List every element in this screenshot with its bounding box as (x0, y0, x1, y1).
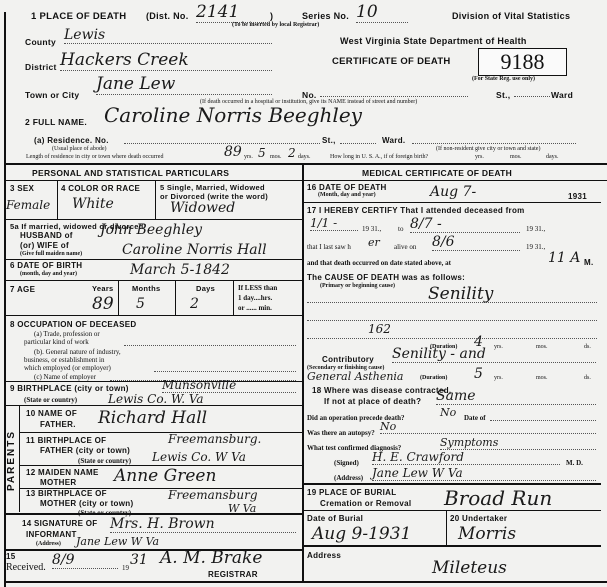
undertaker-value: Morris (458, 524, 516, 544)
certificate-number-box: 9188 (478, 48, 567, 76)
department-label: West Virginia State Department of Health (340, 36, 527, 46)
residence-label: (a) Residence. No. (34, 136, 109, 145)
father-birthplace-state: Lewis Co. W Va (152, 450, 246, 464)
occupation-a-1: (a) Trade, profession or (34, 330, 100, 338)
occupation-label: 8 OCCUPATION OF DECEASED (10, 320, 136, 329)
full-name-label: 2 FULL NAME. (25, 117, 87, 127)
cause-code-value: 162 (368, 322, 391, 336)
primary-cause-note: (Primary or beginning cause) (320, 283, 395, 289)
signed-label: (Signed) (334, 459, 359, 467)
months-label: Months (132, 284, 160, 293)
medical-section-title: MEDICAL CERTIFICATE OF DEATH (362, 168, 512, 178)
occupation-c: (c) Name of employer (34, 373, 96, 381)
dob-value: March 5-1842 (130, 262, 230, 278)
occupation-b-3: which employed (or employer) (24, 364, 111, 372)
ward-label: Ward (551, 90, 573, 100)
years-label: Years (92, 284, 114, 293)
date-of-death-value: Aug 7- (430, 184, 476, 200)
husband-value: John Beeghley (100, 222, 202, 238)
parents-label: PARENTS (6, 430, 17, 491)
father-label-1: 10 NAME OF (26, 409, 77, 418)
spouse-label-3: (or) WIFE of (20, 241, 69, 250)
occupation-b-1: (b). General nature of industry, (34, 348, 121, 356)
cause-of-death-label: The CAUSE OF DEATH was as follows: (307, 273, 465, 282)
informant-label-1: 14 SIGNATURE OF (22, 519, 97, 528)
age-days: 2 (190, 296, 199, 312)
divider-section-headings (4, 180, 607, 181)
days-label: Days (196, 284, 215, 293)
bottom-border (4, 581, 607, 583)
contributory-label: Contributory (322, 355, 374, 364)
registrar-signature: A. M. Brake (160, 548, 262, 568)
sex-value: Female (6, 198, 50, 212)
place-of-death-label: 1 PLACE OF DEATH (31, 11, 126, 22)
contributory-cause-value: Senility - and (392, 346, 596, 363)
burial-date-value: Aug 9-1931 (312, 524, 411, 544)
burial-date-label: Date of Burial (307, 514, 363, 523)
contributory-duration-value: 5 (474, 366, 483, 382)
burial-place-value: Broad Run (444, 486, 552, 510)
physician-signature: H. E. Crawford (372, 450, 560, 465)
last-saw-alive-date: 8/6 (432, 234, 520, 251)
physician-address-label: (Address) (334, 474, 363, 482)
dist-no-value: 2141 (196, 2, 268, 23)
wife-value: Caroline Norris Hall (122, 242, 267, 258)
nonresident-note: (If non-resident give city or town and s… (436, 146, 540, 152)
street-label: St., (496, 90, 510, 100)
less-than-label-2: 1 day....hrs. (238, 294, 272, 302)
certificate-title: CERTIFICATE OF DEATH (332, 56, 451, 67)
occupation-a-2: particular kind of work (24, 338, 89, 346)
length-months: 5 (258, 146, 266, 160)
attended-to-year: 19 31., (526, 225, 545, 233)
undertaker-label: 20 Undertaker (450, 514, 507, 523)
length-days: 2 (288, 146, 296, 160)
undertaker-address-value: Mileteus (432, 558, 507, 578)
age-label: 7 AGE (10, 285, 35, 294)
date-of-death-year: 1931 (568, 192, 587, 201)
autopsy-value: No (380, 420, 596, 434)
attended-to-date: 8/7 - (410, 216, 520, 233)
division-label: Division of Vital Statistics (452, 11, 570, 21)
left-border (4, 12, 6, 587)
center-divider (302, 163, 304, 583)
county-label: County (25, 37, 56, 47)
divider-top-section (4, 163, 607, 165)
autopsy-label: Was there an autopsy? (307, 429, 375, 437)
attended-from-year: 19 31., (362, 225, 381, 233)
last-saw-alive-year: 19 31., (526, 243, 545, 251)
father-label-2: FATHER. (40, 420, 76, 429)
primary-cause-value: Senility (428, 284, 493, 304)
full-name-value: Caroline Norris Beeghley (104, 103, 362, 127)
father-birthplace-state-label: (State or country) (78, 457, 131, 465)
received-year: 31 (130, 552, 148, 568)
race-label: 4 COLOR OR RACE (61, 184, 140, 193)
birthplace-state: Lewis Co. W. Va (108, 392, 204, 406)
state-reg-note: (For State Reg. use only) (472, 76, 535, 82)
marital-label-1: 5 Single, Married, Widowed (160, 183, 265, 192)
certify-label: 17 I HEREBY CERTIFY That I attended dece… (307, 206, 525, 215)
burial-place-label-1: 19 PLACE OF BURIAL (307, 488, 396, 497)
spouse-label-4: (Give full maiden name) (20, 251, 82, 257)
received-label: Received. (6, 562, 46, 573)
contributory-cause-value-2: General Asthenia (307, 370, 404, 383)
received-date: 8/9 (52, 552, 118, 569)
marital-value: Widowed (170, 200, 235, 216)
spouse-label-2: HUSBAND of (20, 231, 73, 240)
mother-label-2: MOTHER (40, 478, 76, 487)
diagnosis-test-value: Symptoms (440, 436, 596, 450)
district-label: District (25, 62, 57, 72)
mother-birthplace-city: Freemansburg (168, 488, 258, 502)
district-value: Hackers Creek (60, 50, 272, 71)
age-years: 89 (92, 294, 114, 314)
disease-contracted-value: Same (436, 388, 596, 405)
mother-birthplace-label-1: 13 BIRTHPLACE OF (26, 489, 107, 498)
death-certificate: 1 PLACE OF DEATH (Dist. No. 2141 ) (To b… (0, 0, 607, 587)
informant-label-2: INFORMANT (26, 530, 77, 539)
date-of-death-sub: (Month, day and year) (318, 192, 376, 198)
town-value: Jane Lew (96, 74, 272, 95)
disease-contracted-label-2: If not at place of death? (324, 397, 421, 406)
disease-contracted-label-1: 18 Where was disease contracted, (312, 386, 451, 395)
age-months: 5 (136, 296, 145, 312)
length-residence-label: Length of residence in city or town wher… (26, 154, 163, 160)
dist-no-label: (Dist. No. (146, 11, 189, 21)
residence-st-label: St., (322, 136, 336, 145)
father-birthplace-label-1: 11 BIRTHPLACE OF (26, 436, 106, 445)
father-name-value: Richard Hall (98, 408, 207, 428)
county-value: Lewis (64, 27, 272, 44)
personal-section-title: PERSONAL AND STATISTICAL PARTICULARS (32, 168, 229, 178)
informant-address: Jane Lew W Va (76, 535, 159, 548)
informant-signature: Mrs. H. Brown (110, 516, 296, 533)
mother-label-1: 12 MAIDEN NAME (26, 468, 99, 477)
last-saw-pronoun: er (368, 236, 380, 249)
father-birthplace-label-2: FATHER (city or town) (40, 446, 130, 455)
length-years: 89 (224, 144, 242, 160)
series-label: Series No. (302, 11, 349, 21)
physician-address: Jane Lew W Va (372, 466, 596, 481)
mother-name-value: Anne Green (114, 466, 216, 486)
town-label: Town or City (25, 90, 79, 100)
certificate-number: 9188 (479, 49, 566, 75)
burial-place-label-2: Cremation or Removal (320, 499, 411, 508)
father-birthplace-city: Freemansburg. (168, 432, 261, 446)
attended-from-date: 1/1 - (310, 216, 358, 231)
abode-note: (Usual place of abode) (52, 146, 106, 152)
birthplace-state-label: (State or country) (24, 396, 77, 404)
mother-birthplace-label-2: MOTHER (city or town) (40, 499, 133, 508)
series-value: 10 (356, 2, 408, 23)
death-time-value: 11 A (548, 250, 580, 266)
sex-label: 3 SEX (10, 184, 34, 193)
less-than-label-1: If LESS than (238, 284, 277, 292)
death-occurred-label: and that death occurred on date stated a… (307, 259, 451, 267)
residence-ward-label: Ward. (382, 136, 405, 145)
birthplace-city: Munsonville (162, 378, 296, 393)
received-number: 15 (6, 552, 16, 561)
informant-address-label: (Address) (36, 541, 61, 547)
dob-sub: (month, day and year) (20, 271, 77, 277)
usa-residence-label: How long in U. S. A., if of foreign birt… (330, 154, 428, 160)
undertaker-address-label: Address (307, 551, 341, 560)
dob-label: 6 DATE OF BIRTH (10, 261, 82, 270)
race-value: White (72, 196, 114, 212)
less-than-label-3: or ...... min. (238, 304, 272, 312)
date-of-death-label: 16 DATE OF DEATH (307, 183, 387, 192)
last-saw-label: that I last saw h (307, 243, 351, 251)
registrar-label: REGISTRAR (208, 570, 258, 579)
operation-value: No (440, 406, 456, 419)
occupation-b-2: business, or establishment in (24, 356, 105, 364)
